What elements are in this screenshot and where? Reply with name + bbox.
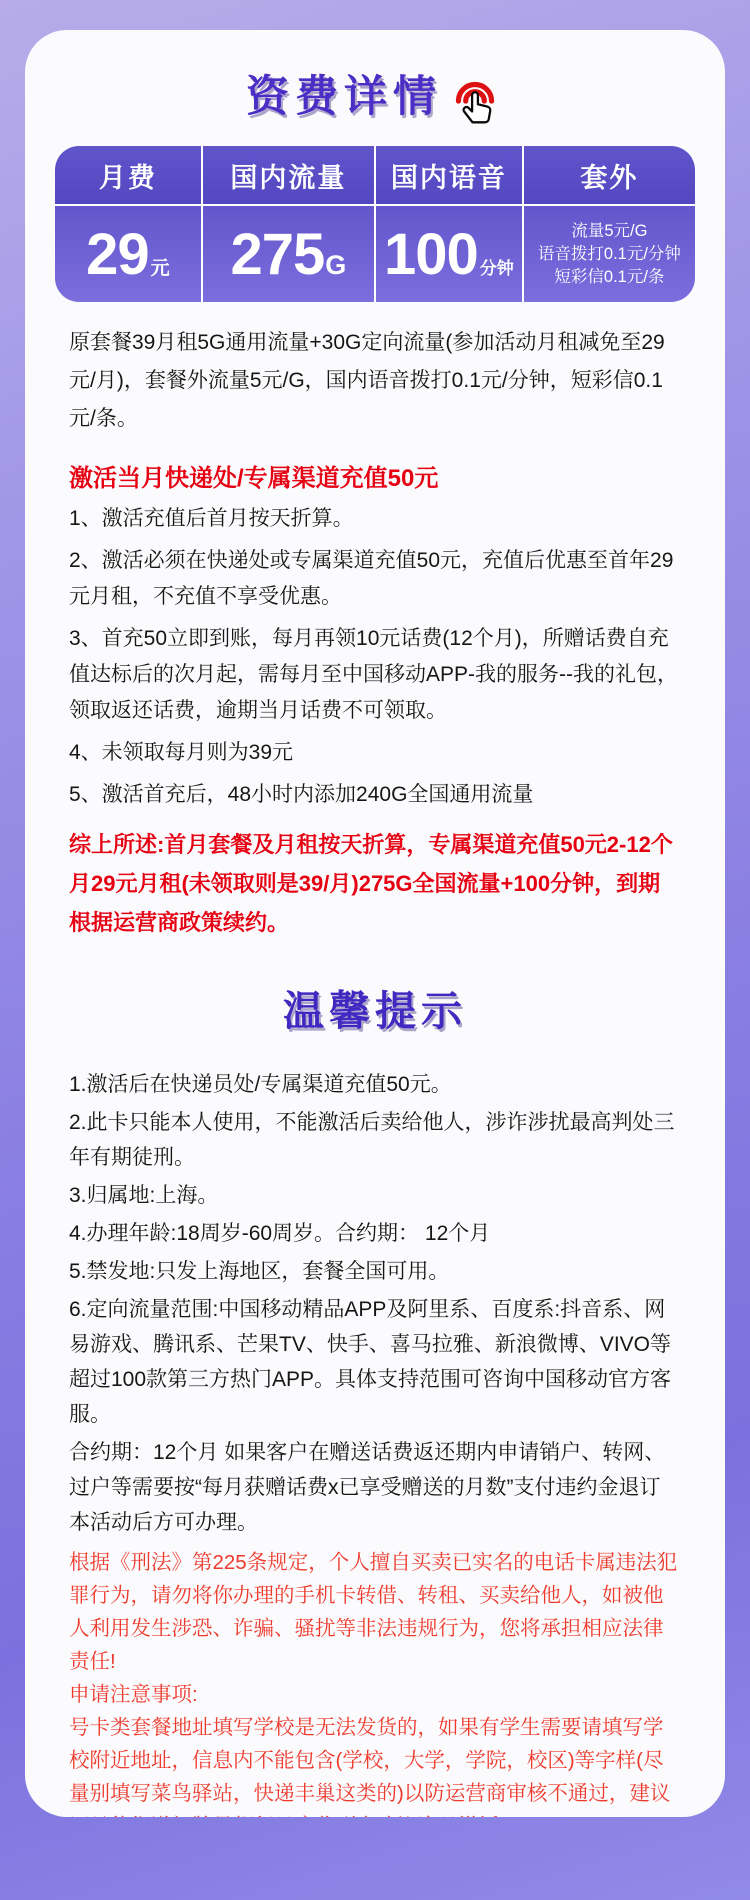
page-title: 资费详情: [246, 63, 442, 124]
data-allowance-unit: G: [325, 250, 346, 281]
monthly-fee-value: 29: [86, 221, 149, 288]
activation-rule-item: 1、激活充值后首月按天折算。: [69, 501, 681, 537]
out-of-plan-cell: 流量5元/G 语音拨打0.1元/分钟 短彩信0.1元/条: [524, 206, 695, 302]
data-allowance-cell: 275 G: [203, 206, 374, 302]
tip-item: 5.禁发地:只发上海地区，套餐全国可用。: [69, 1254, 681, 1289]
activation-summary: 综上所述:首月套餐及月租按天折算，专属渠道充值50元2-12个月29元月租(未领…: [69, 825, 681, 942]
promo-page: { "header": { "title": "资费详情" }, "plan_t…: [0, 0, 750, 1900]
tip-item: 1.激活后在快递员处/专属渠道充值50元。: [69, 1067, 681, 1102]
plan-table-header-cell: 国内流量: [203, 146, 374, 204]
activation-rule-item: 4、未领取每月则为39元: [69, 735, 681, 771]
legal-notice-line: 根据《刑法》第225条规定，个人擅自买卖已实名的电话卡属违法犯罪行为，请勿将你办…: [69, 1546, 681, 1678]
tip-item: 合约期：12个月 如果客户在赠送话费返还期内申请销户、转网、过户等需要按“每月获…: [69, 1435, 681, 1540]
activation-rule-item: 5、激活首充后，48小时内添加240G全国通用流量: [69, 777, 681, 813]
out-of-plan-rate-line: 语音拨打0.1元/分钟: [538, 243, 681, 266]
voice-cell: 100 分钟: [376, 206, 522, 302]
tip-item: 6.定向流量范围:中国移动精品APP及阿里系、百度系:抖音系、网易游戏、腾讯系、…: [69, 1292, 681, 1432]
tariff-title-row: 资费详情: [25, 64, 725, 122]
monthly-fee-cell: 29 元: [55, 206, 201, 302]
plan-table-header-cell: 套外: [524, 146, 695, 204]
voice-unit: 分钟: [480, 254, 514, 279]
out-of-plan-rate-line: 短彩信0.1元/条: [554, 266, 664, 289]
plan-intro-text: 原套餐39月租5G通用流量+30G定向流量(参加活动月租减免至29元/月)，套餐…: [69, 324, 681, 438]
tip-item: 2.此卡只能本人使用，不能激活后卖给他人，涉诈涉扰最高判处三年有期徒刑。: [69, 1105, 681, 1175]
activation-heading: 激活当月快递处/专属渠道充值50元: [69, 458, 681, 493]
plan-table-header-cell: 月费: [55, 146, 201, 204]
tip-item: 3.归属地:上海。: [69, 1178, 681, 1213]
tips-title: 温馨提示: [25, 978, 725, 1037]
activation-rule-list: 1、激活充值后首月按天折算。 2、激活必须在快递处或专属渠道充值50元，充值后优…: [69, 501, 681, 813]
legal-notice: 根据《刑法》第225条规定，个人擅自买卖已实名的电话卡属违法犯罪行为，请勿将你办…: [69, 1546, 681, 1817]
plan-table-header-cell: 国内语音: [376, 146, 522, 204]
out-of-plan-rate-line: 流量5元/G: [571, 220, 647, 243]
legal-notice-line: 号卡类套餐地址填写学校是无法发货的，如果有学生需要请填写学校附近地址，信息内不能…: [69, 1711, 681, 1817]
plan-table-value-row: 29 元 275 G 100 分钟 流量5元/G: [55, 206, 695, 302]
tip-item: 4.办理年龄:18周岁-60周岁。合约期： 12个月: [69, 1216, 681, 1251]
data-allowance-value: 275: [231, 221, 325, 288]
plan-table-header-row: 月费 国内流量 国内语音 套外: [55, 146, 695, 204]
tips-list: 1.激活后在快递员处/专属渠道充值50元。 2.此卡只能本人使用，不能激活后卖给…: [69, 1067, 681, 1540]
tap-click-icon[interactable]: [446, 70, 504, 128]
tariff-card: 资费详情 月费 国内流量 国内语音 套外: [25, 30, 725, 1817]
legal-notice-line: 申请注意事项:: [69, 1678, 681, 1711]
voice-value: 100: [384, 221, 478, 288]
plan-table: 月费 国内流量 国内语音 套外 29 元 275 G: [55, 146, 695, 302]
activation-rule-item: 2、激活必须在快递处或专属渠道充值50元，充值后优惠至首年29元月租，不充值不享…: [69, 543, 681, 615]
activation-rule-item: 3、首充50立即到账，每月再领10元话费(12个月)，所赠话费自充值达标后的次月…: [69, 621, 681, 729]
monthly-fee-unit: 元: [151, 253, 170, 280]
